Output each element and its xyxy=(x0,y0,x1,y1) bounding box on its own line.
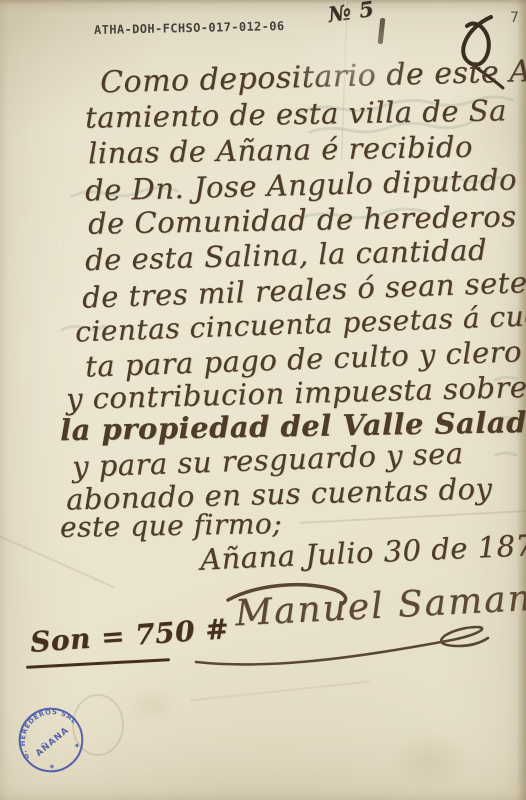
svg-text:G. HEREDEROS SALINAS: G. HEREDEROS SALINAS xyxy=(3,692,79,766)
amount-underline xyxy=(26,658,170,669)
manuscript-line: tamiento de esta villa de Sa xyxy=(85,96,507,132)
scanned-manuscript-page: ATHA-DOH-FCHSO-017-012-06 № 5 7 Como dep… xyxy=(0,0,526,800)
stamp-arc-text: G. HEREDEROS SALINAS xyxy=(3,692,79,766)
stamp-border-circle xyxy=(7,696,95,784)
embossed-stamp-ghost xyxy=(72,694,124,756)
archive-reference-code: ATHA-DOH-FCHSO-017-012-06 xyxy=(94,19,285,37)
stamp-star-left-icon: ★ xyxy=(47,762,57,772)
folio-number-mark: № 5 xyxy=(327,0,376,25)
ink-smudge xyxy=(378,18,386,44)
signature: Manuel Samano xyxy=(234,580,526,633)
paper-crease-bottom xyxy=(190,681,369,702)
paper-crease-horizontal xyxy=(300,510,526,524)
stamp-center-text: AÑANA xyxy=(33,725,71,759)
manuscript-line: Como depositario de este Ayun xyxy=(100,56,526,99)
page-number: 7 xyxy=(510,10,519,26)
amount-note: Son = 750 # xyxy=(29,615,230,657)
page-top-edge-shadow xyxy=(0,0,526,4)
manuscript-line: linas de Añana é recibido xyxy=(88,133,473,169)
stamp-star-right-icon: ★ xyxy=(72,741,82,751)
heirs-community-stamp: G. HEREDEROS SALINAS AÑANA ★ ★ xyxy=(3,692,99,788)
manuscript-line: este que firmo; xyxy=(60,510,283,542)
